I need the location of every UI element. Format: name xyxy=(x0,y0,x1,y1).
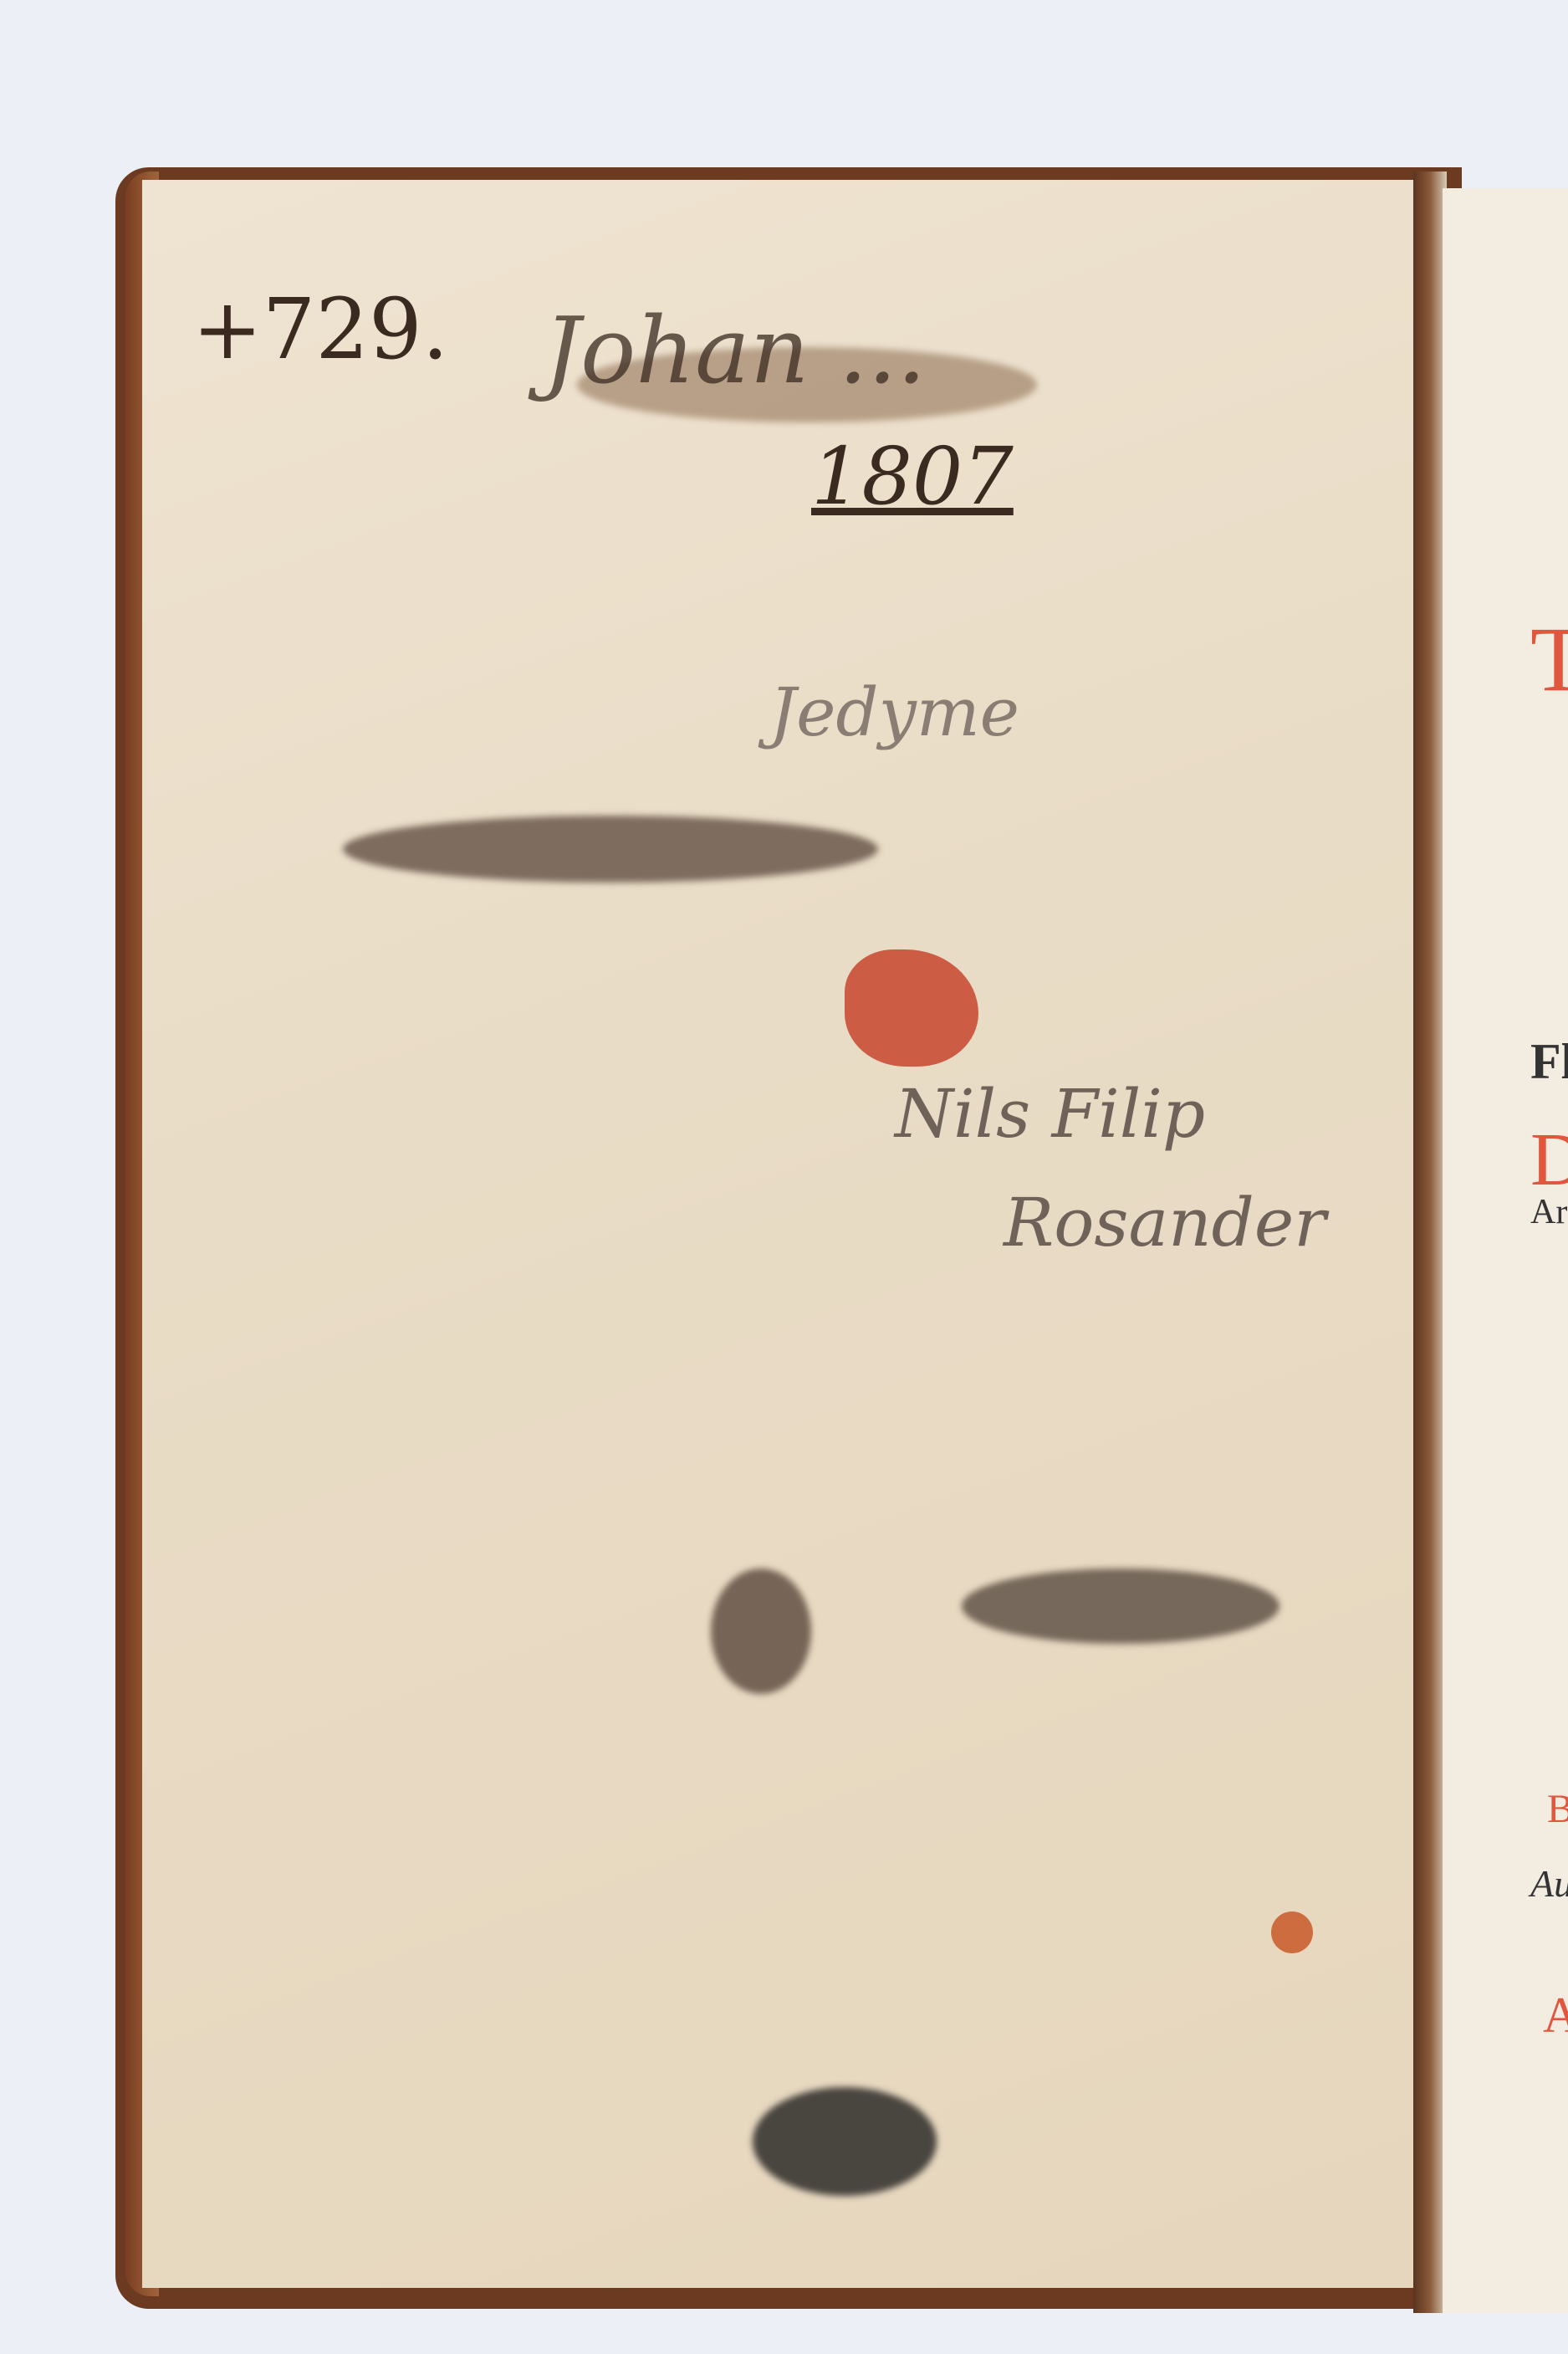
ink-blot-strikethrough xyxy=(343,816,878,883)
book-spine xyxy=(1413,171,1447,2313)
title-letter-t: T xyxy=(1530,606,1568,713)
title-letter-b: B xyxy=(1547,1786,1568,1832)
ink-blot-lower-left xyxy=(711,1568,811,1694)
year-inscription: 1807 xyxy=(811,431,1014,523)
faded-word: Jedyme xyxy=(769,673,1019,751)
signature-surname: Rosander xyxy=(1004,1184,1325,1261)
ink-blot-bottom xyxy=(753,2087,937,2196)
shelf-mark: +729. xyxy=(192,280,448,378)
orange-spot xyxy=(1271,1911,1313,1953)
title-letters-fl: Fl xyxy=(1530,1033,1568,1091)
ink-blot-lower-right xyxy=(962,1568,1279,1644)
title-fragment-au: Au xyxy=(1530,1861,1568,1906)
title-fragment-arc: Arc xyxy=(1530,1192,1568,1232)
title-letter-d: D xyxy=(1530,1117,1568,1203)
title-letter-a: A xyxy=(1543,1987,1568,2044)
title-page-fragment: T Fl D Arc B Au A xyxy=(1443,188,1568,2313)
owner-inscription: Johan ... xyxy=(544,297,926,404)
red-seal-remnant xyxy=(845,949,978,1067)
flyleaf-page: +729. Johan ... 1807 Jedyme Nils Filip R… xyxy=(142,180,1430,2288)
signature-first-name: Nils Filip xyxy=(895,1075,1205,1153)
